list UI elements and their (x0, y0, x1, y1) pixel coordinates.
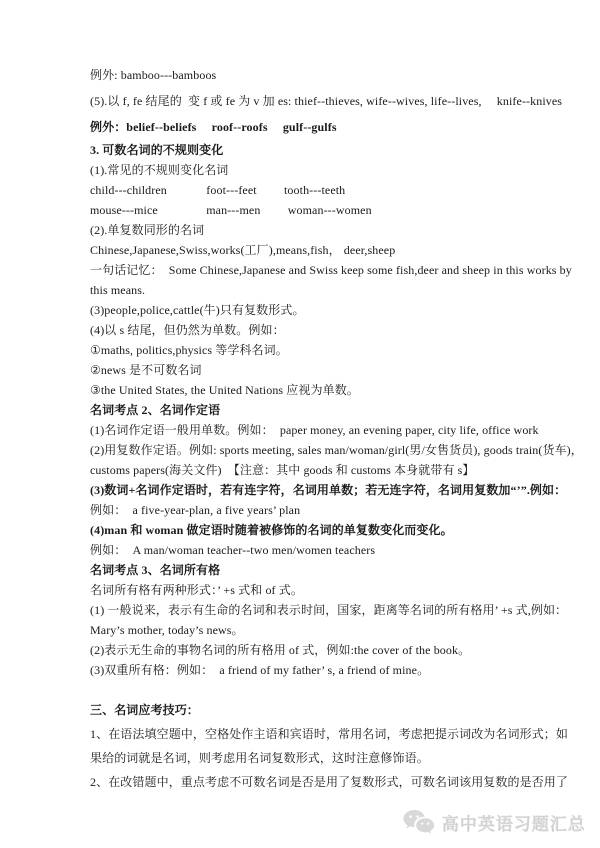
section-heading: 名词考点 3、名词所有格 (90, 560, 584, 580)
doc-line: 例外: bamboo---bamboos (90, 62, 584, 88)
watermark-label: 高中英语习题汇总 (442, 810, 586, 835)
doc-line: 1、在语法填空题中，空格处作主语和宾语时，常用名词，考虑把提示词改为名词形式；如 (90, 722, 584, 746)
doc-line: (3)数词+名词作定语时，若有连字符，名词用单数；若无连字符，名词用复数加“’”… (90, 480, 584, 500)
doc-line: (2)用复数作定语。例如: sports meeting, sales man/… (90, 440, 584, 460)
doc-line: 2、在改错题中，重点考虑不可数名词是否是用了复数形式，可数名词该用复数的是否用了 (90, 770, 584, 794)
doc-line: (2)表示无生命的事物名词的所有格用 of 式，例如:the cover of … (90, 640, 584, 660)
doc-line: 例如： A man/woman teacher--two men/women t… (90, 540, 584, 560)
doc-line: (1)名词作定语一般用单数。例如： paper money, an evenin… (90, 420, 584, 440)
doc-line: (1) 一般说来，表示有生命的名词和表示时间，国家，距离等名词的所有格用’ +s… (90, 600, 584, 620)
doc-line: customs papers(海关文件) 【注意：其中 goods 和 cust… (90, 460, 584, 480)
doc-line: (2).单复数同形的名词 (90, 220, 584, 240)
doc-line: (1).常见的不规则变化名词 (90, 160, 584, 180)
doc-line: child---children foot---feet tooth---tee… (90, 180, 584, 200)
doc-line: 例如： a five-year-plan, a five years’ plan (90, 500, 584, 520)
doc-line: mouse---mice man---men woman---women (90, 200, 584, 220)
document-content: 例外: bamboo---bamboos (5).以 f, fe 结尾的 变 f… (90, 62, 584, 794)
doc-line: ②news 是不可数名词 (90, 360, 584, 380)
doc-line: (5).以 f, fe 结尾的 变 f 或 fe 为 v 加 es: thief… (90, 88, 584, 114)
doc-line: 例外：belief--beliefs roof--roofs gulf--gul… (90, 114, 584, 140)
doc-line: (4)以 s 结尾，但仍然为单数。例如： (90, 320, 584, 340)
section-heading: 名词考点 2、名词作定语 (90, 400, 584, 420)
doc-line: 一句话记忆： Some Chinese,Japanese and Swiss k… (90, 260, 584, 280)
doc-line: 果给的词就是名词，则考虑用名词复数形式，这时注意修饰语。 (90, 746, 584, 770)
watermark: 高中英语习题汇总 (402, 808, 586, 836)
doc-line: (3)双重所有格：例如： a friend of my father’ s, a… (90, 660, 584, 680)
section-heading: 三、名词应考技巧： (90, 698, 584, 722)
doc-line: ①maths, politics,physics 等学科名词。 (90, 340, 584, 360)
wechat-icon (402, 808, 436, 836)
doc-line: 名词所有格有两种形式：’ +s 式和 of 式。 (90, 580, 584, 600)
doc-line: (4)man 和 woman 做定语时随着被修饰的名词的单复数变化而变化。 (90, 520, 584, 540)
doc-line: this means. (90, 280, 584, 300)
doc-line: Chinese,Japanese,Swiss,works(工厂),means,f… (90, 240, 584, 260)
section-heading: 3. 可数名词的不规则变化 (90, 140, 584, 160)
document-page: 例外: bamboo---bamboos (5).以 f, fe 结尾的 变 f… (0, 0, 600, 848)
doc-line: Mary’s mother, today’s news。 (90, 620, 584, 640)
doc-line: (3)people,police,cattle(牛)只有复数形式。 (90, 300, 584, 320)
doc-line: ③the United States, the United Nations 应… (90, 380, 584, 400)
